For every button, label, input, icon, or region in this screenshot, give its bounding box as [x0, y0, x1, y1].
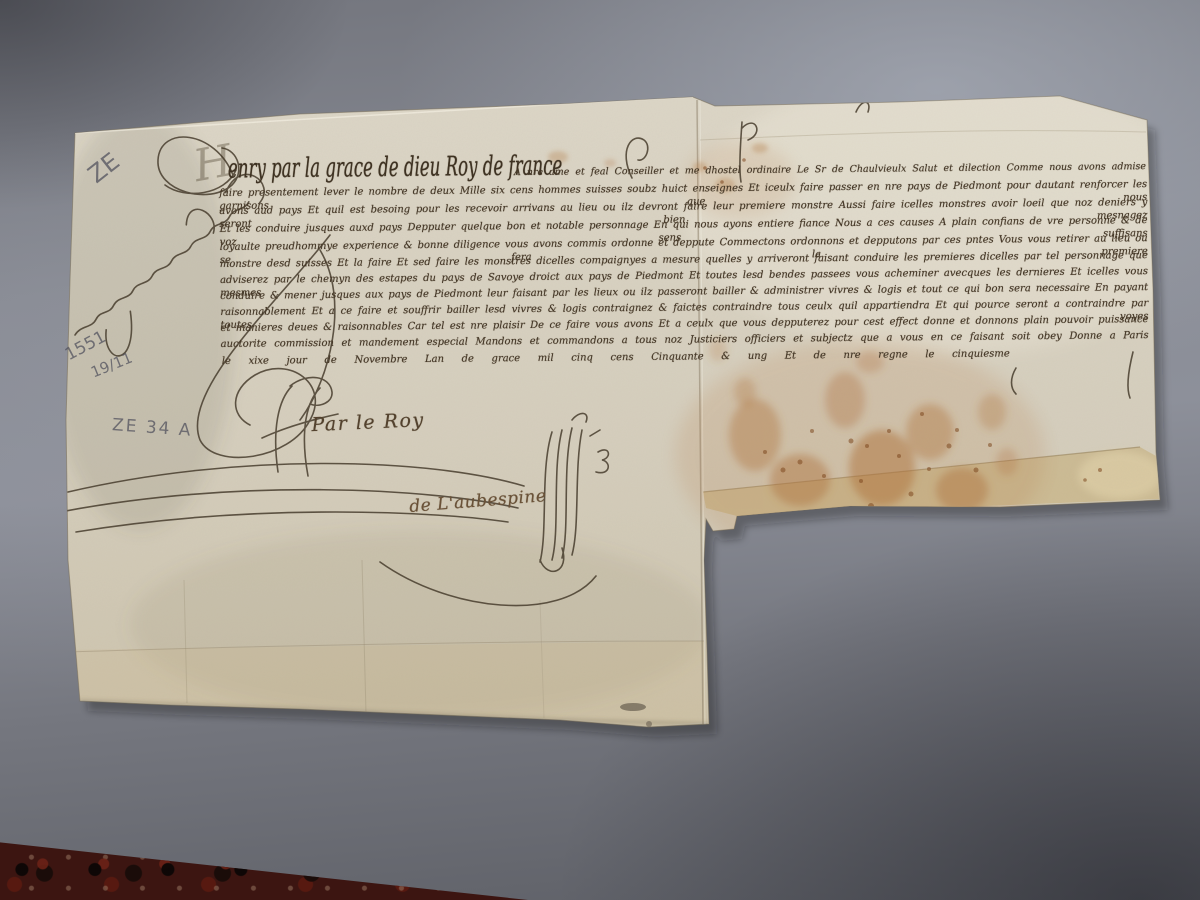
manuscript-text: H enry par la grace de dieu Roy de franc…: [0, 0, 1200, 900]
manuscript-date-line: le xixe jour de Novembre Lan de grace mi…: [222, 347, 1010, 368]
secretary-signature: de L'aubespine: [409, 486, 548, 517]
par-le-roy-heading: Par le Roy: [311, 409, 425, 436]
opening-line-rest: A nre ame et feal Conseiller et me dhost…: [514, 161, 1146, 178]
photo-scene: H enry par la grace de dieu Roy de franc…: [0, 0, 1200, 900]
opening-line-large: enry par la grace de dieu Roy de france: [228, 149, 563, 185]
